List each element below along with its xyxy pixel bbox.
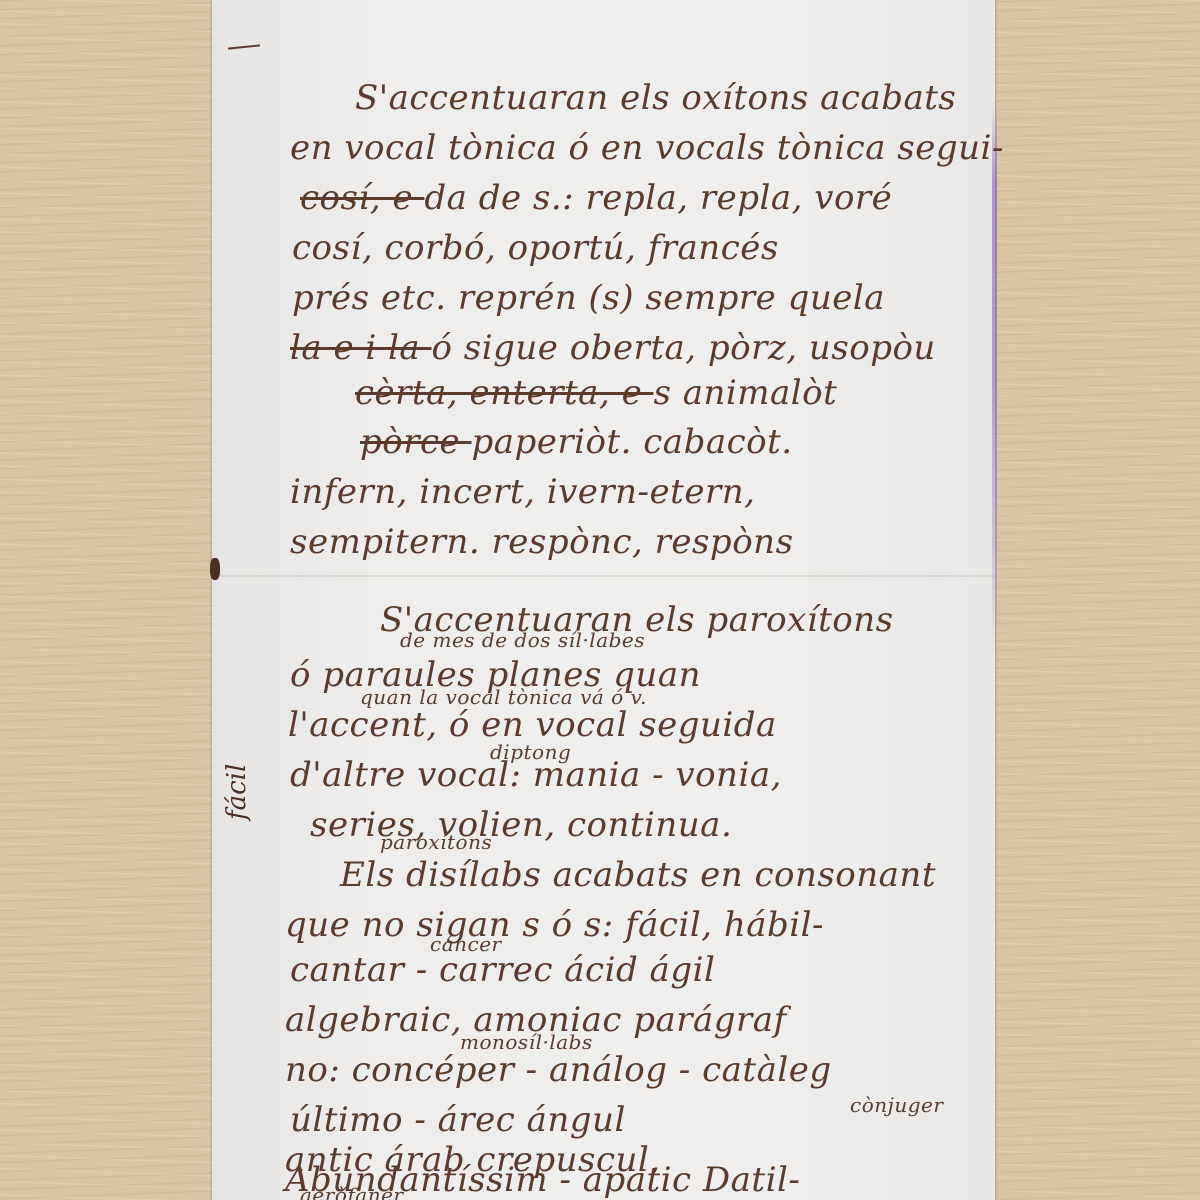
struck-text: la e i la <box>290 328 432 368</box>
manuscript-line: la e i la ó sigue oberta, pòrz, usopòu <box>290 328 936 368</box>
line-text: sempitern. respònc, respòns <box>290 522 794 562</box>
line-text: en vocal tònica ó en vocals tònica segui… <box>290 128 1004 168</box>
line-text: no: concéper - análog - catàleg <box>285 1050 832 1090</box>
line-text: de mes de dos síl·labes <box>400 628 645 652</box>
line-text: último - árec ángul <box>290 1100 626 1140</box>
manuscript-line: cantar - carrec ácid ágil <box>290 950 715 990</box>
manuscript-line: cònjuger <box>850 1093 943 1117</box>
line-text: cònjuger <box>850 1093 943 1117</box>
ink-blot <box>210 558 220 580</box>
manuscript-line: paroxítons <box>380 830 492 854</box>
line-text: d'altre vocal: mania - vonia, <box>290 755 782 795</box>
manuscript-line: que no sigan s ó s: fácil, hábil- <box>285 905 824 945</box>
manuscript-line: l'accent, ó en vocal seguida <box>288 705 777 745</box>
line-text: ó sigue oberta, pòrz, usopòu <box>432 328 936 368</box>
manuscript-line: S'accentuaran els oxítons acabats <box>355 78 956 118</box>
line-text: aeròfaner <box>300 1183 403 1200</box>
manuscript-line: último - árec ángul <box>290 1100 626 1140</box>
manuscript-line: aeròfaner <box>300 1183 403 1200</box>
line-text: prés etc. reprén (s) sempre quela <box>292 278 885 318</box>
manuscript-line: pòrce paperiòt. cabacòt. <box>360 422 793 462</box>
line-text: paroxítons <box>380 830 492 854</box>
line-text: S'accentuaran els oxítons acabats <box>355 78 956 118</box>
manuscript-line: series, volien, continua. <box>310 805 732 845</box>
manuscript-line: en vocal tònica ó en vocals tònica segui… <box>290 128 1004 168</box>
manuscript-line: prés etc. reprén (s) sempre quela <box>292 278 885 318</box>
manuscript-line: no: concéper - análog - catàleg <box>285 1050 832 1090</box>
line-text: series, volien, continua. <box>310 805 732 845</box>
struck-text: pòrce <box>360 422 471 462</box>
manuscript-line: de mes de dos síl·labes <box>400 628 645 652</box>
paper-fold-crease <box>212 575 995 577</box>
margin-note: fácil <box>222 764 252 820</box>
struck-text: cosí, e <box>300 178 424 218</box>
line-text: cantar - carrec ácid ágil <box>290 950 715 990</box>
manuscript-line: sempitern. respònc, respòns <box>290 522 794 562</box>
line-text: cosí, corbó, oportú, francés <box>292 228 779 268</box>
manuscript-line: Els disílabs acabats en consonant <box>340 855 936 895</box>
manuscript-line: infern, incert, ivern-etern, <box>290 472 755 512</box>
line-text: Els disílabs acabats en consonant <box>340 855 936 895</box>
manuscript-line: cosí, e da de s.: repla, repla, voré <box>300 178 892 218</box>
manuscript-line: d'altre vocal: mania - vonia, <box>290 755 782 795</box>
manuscript-line: cosí, corbó, oportú, francés <box>292 228 779 268</box>
manuscript-line: cèrta, enterta, e s animalòt <box>355 373 837 413</box>
struck-text: cèrta, enterta, e <box>355 373 654 413</box>
line-text: que no sigan s ó s: fácil, hábil- <box>285 905 824 945</box>
line-text: l'accent, ó en vocal seguida <box>288 705 777 745</box>
line-text: da de s.: repla, repla, voré <box>424 178 892 218</box>
line-text: s animalòt <box>654 373 838 413</box>
line-text: paperiòt. cabacòt. <box>471 422 792 462</box>
line-text: infern, incert, ivern-etern, <box>290 472 755 512</box>
